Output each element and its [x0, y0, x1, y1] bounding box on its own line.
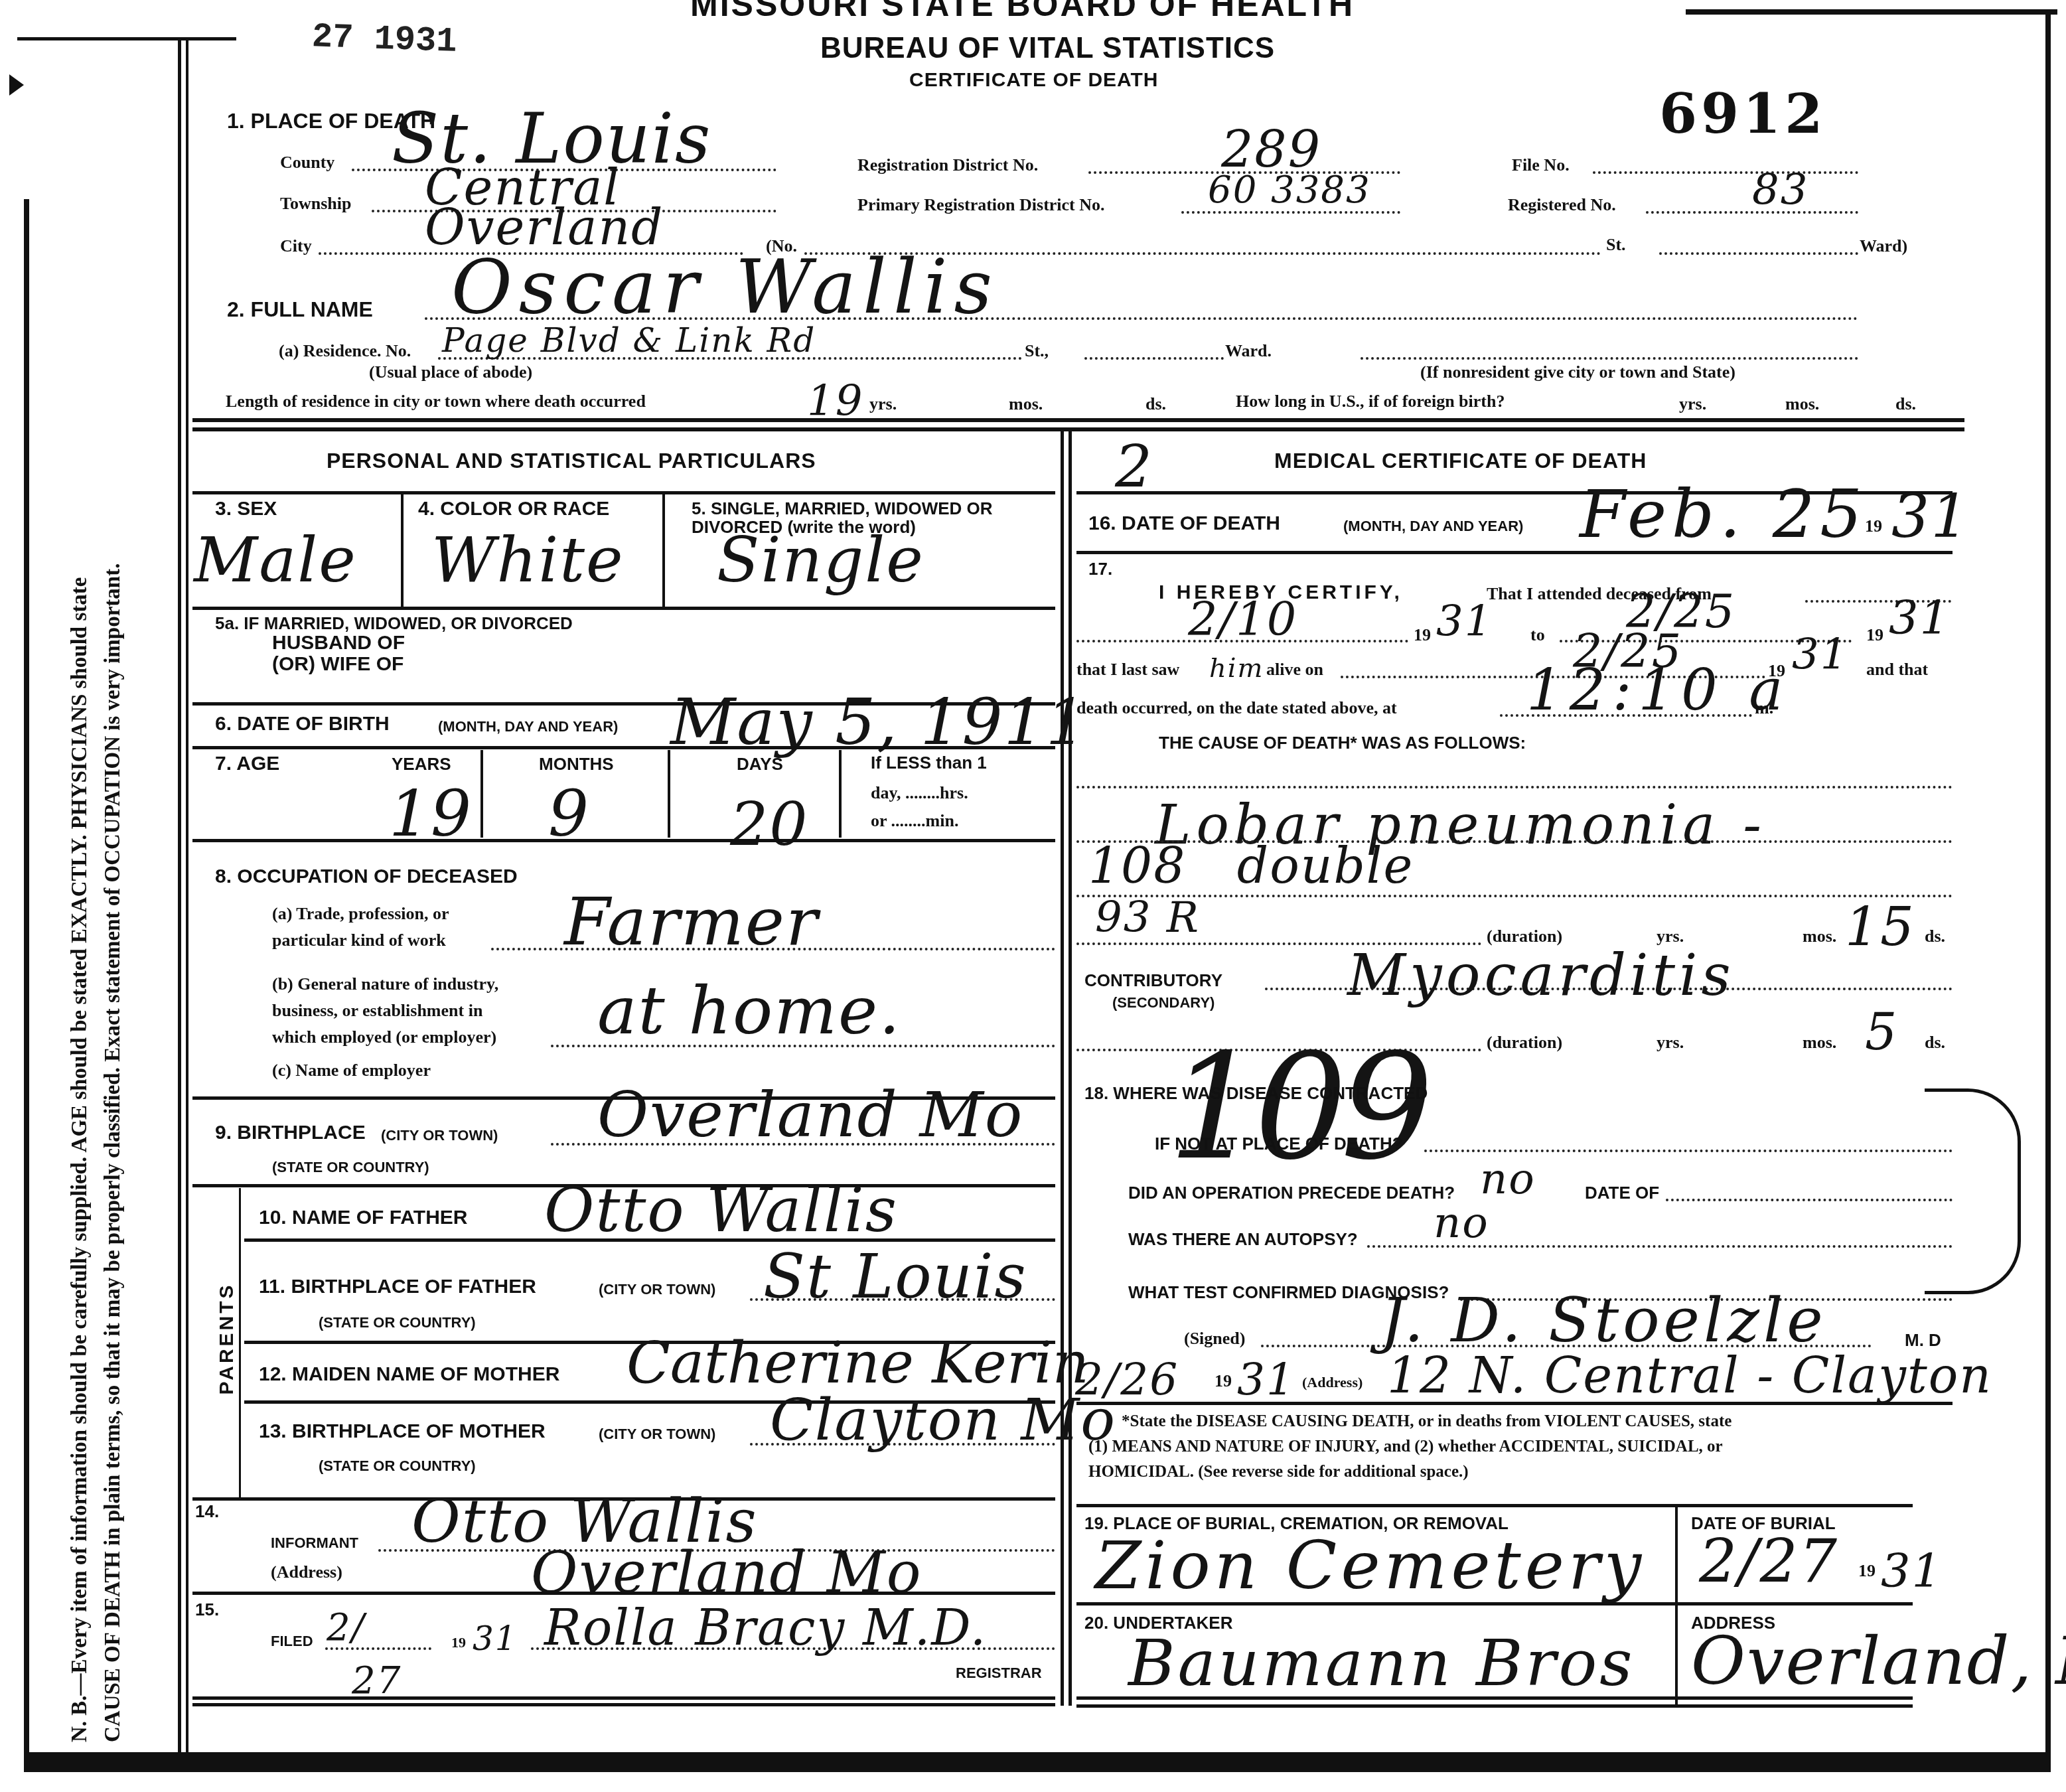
alive-year: 31 [1792, 631, 1848, 680]
length-residence-label: Length of residence in city or town wher… [226, 392, 646, 411]
race-label: 4. COLOR OR RACE [418, 498, 609, 520]
frame-left-inner [186, 37, 188, 1771]
signed-label: (Signed) [1184, 1329, 1245, 1349]
to-year-prefix: 19 [1866, 625, 1883, 645]
autopsy-value: no [1434, 1199, 1489, 1248]
burial-year-prefix: 19 [1858, 1561, 1876, 1581]
residence-value: Page Blvd & Link Rd [442, 321, 816, 360]
rule-before-burial [1076, 1504, 1913, 1507]
code-annotation: 109 [1168, 1022, 1427, 1192]
duration-ds-1: ds. [1925, 927, 1945, 946]
mother-bp-label: 13. BIRTHPLACE OF MOTHER [259, 1420, 546, 1443]
burial-date-divider [1675, 1507, 1678, 1706]
date-of-label: DATE OF [1585, 1183, 1659, 1203]
cause-2: 108 double [1088, 838, 1414, 895]
operation-label: DID AN OPERATION PRECEDE DEATH? [1128, 1183, 1455, 1203]
dob-sub: (MONTH, DAY AND YEAR) [438, 718, 618, 735]
frame-left-margin-border [24, 199, 29, 1772]
margin-note-line-2: CAUSE OF DEATH in plain terms, so that i… [96, 70, 129, 1742]
dod-label: 16. DATE OF DEATH [1088, 512, 1280, 535]
informant-address-label: (Address) [271, 1562, 342, 1582]
signed-year: 31 [1237, 1354, 1295, 1405]
months-label: MONTHS [539, 754, 614, 775]
marital-value: Single [717, 524, 924, 597]
foreign-ds-label: ds. [1895, 394, 1916, 414]
filed-year-prefix: 19 [451, 1634, 466, 1651]
margin-arrow-icon [9, 74, 24, 96]
dod-value: Feb. 25 [1580, 475, 1868, 553]
residence-label: (a) Residence. No. [279, 341, 411, 361]
foreign-mos-label: mos. [1785, 394, 1819, 414]
rule-after-address [1076, 1402, 1953, 1405]
mother-value: Catherine Kerin [627, 1330, 1089, 1396]
occ-b-value: at home. [597, 972, 901, 1049]
not-place-line [1424, 1150, 1953, 1152]
rule-bottom-left-1 [192, 1696, 1055, 1700]
less-label-3: or ........min. [871, 811, 958, 831]
birthplace-value: Overland Mo [597, 1079, 1023, 1152]
header-rule-1 [192, 418, 1964, 422]
date-of-line [1666, 1199, 1953, 1201]
duration-days-1: 15 [1845, 896, 1915, 958]
ward-label: Ward) [1860, 236, 1907, 256]
months-days-divider [668, 750, 670, 838]
full-name-label: 2. FULL NAME [227, 297, 373, 322]
filed-year: 31 [473, 1619, 518, 1658]
birthplace-sub: (CITY OR TOWN) [381, 1127, 498, 1144]
duration-mos-2: mos. [1803, 1033, 1836, 1053]
occ-b-label-1: (b) General nature of industry, [272, 974, 498, 994]
undertaker-address-value: Overland, Mo [1691, 1622, 2066, 1700]
duration-days-2: 5 [1865, 1002, 1898, 1061]
margin-note-line-1: N. B.—Every item of information should b… [63, 70, 96, 1742]
item-15-label: 15. [195, 1600, 219, 1620]
item-14-label: 14. [195, 1501, 219, 1522]
contributory-value: Myocarditis [1347, 942, 1735, 1009]
full-name-value: Oscar Wallis [451, 244, 999, 331]
to-label: to [1530, 625, 1545, 645]
duration-label-2: (duration) [1487, 1033, 1562, 1053]
frame-left-outer [178, 37, 181, 1771]
primary-reg-value: 60 3383 [1208, 169, 1371, 212]
board-title: MISSOURI STATE BOARD OF HEALTH [690, 0, 1355, 24]
mother-label: 12. MAIDEN NAME OF MOTHER [259, 1363, 559, 1386]
rule-after-dod [1076, 551, 1953, 554]
occ-a-label-1: (a) Trade, profession, or [272, 904, 449, 924]
medical-section-title: MEDICAL CERTIFICATE OF DEATH [1274, 449, 1647, 473]
parents-divider [239, 1188, 241, 1500]
father-bp-sub: (CITY OR TOWN) [599, 1281, 715, 1298]
column-divider-2 [1069, 431, 1072, 1706]
foreign-birth-label: How long in U.S., if of foreign birth? [1236, 392, 1505, 411]
duration-ds-2: ds. [1925, 1033, 1945, 1053]
birthplace-label: 9. BIRTHPLACE [215, 1122, 366, 1144]
father-label: 10. NAME OF FATHER [259, 1207, 467, 1229]
spouse-label-1: 5a. IF MARRIED, WIDOWED, OR DIVORCED [215, 613, 573, 634]
occ-b-label-2: business, or establishment in [272, 1001, 482, 1021]
residence-ward-label: Ward. [1225, 341, 1272, 361]
years-months-divider [480, 750, 483, 838]
rule-bottom-right-1 [1076, 1696, 1913, 1700]
filed-label: FILED [271, 1633, 313, 1650]
margin-bracket-mark [1925, 1088, 2021, 1294]
nonresident-note: (If nonresident give city or town and St… [1420, 362, 1735, 382]
rule-bottom-right-2 [1076, 1704, 1913, 1708]
rule-after-dob [192, 746, 1055, 749]
duration-mos-1: mos. [1803, 927, 1836, 946]
township-label: Township [280, 194, 351, 214]
rule-bottom-left-2 [192, 1703, 1055, 1706]
time-m-label: m. [1755, 698, 1773, 718]
burial-value: Zion Cemetery [1095, 1527, 1645, 1604]
race-value: White [431, 524, 625, 597]
residence-ward-line [1084, 357, 1224, 360]
residence-st-label: St., [1025, 341, 1049, 361]
cause-line-1 [1076, 786, 1953, 788]
less-label-2: day, ........hrs. [871, 783, 968, 803]
occurred-label: death occurred, on the date stated above… [1076, 698, 1397, 718]
abode-note: (Usual place of abode) [369, 362, 532, 382]
cause-label: THE CAUSE OF DEATH* WAS AS FOLLOWS: [1159, 733, 1526, 753]
burial-year: 31 [1881, 1544, 1943, 1598]
certificate-title: CERTIFICATE OF DEATH [909, 69, 1159, 92]
father-bp-value: St Louis [763, 1241, 1027, 1312]
from-year: 31 [1436, 597, 1493, 646]
years-label: YEARS [392, 754, 451, 775]
footnote-1: *State the DISEASE CAUSING DEATH, or in … [1122, 1412, 1732, 1431]
less-label-1: If LESS than 1 [871, 753, 987, 773]
ward-line [1659, 252, 1858, 255]
dod-sub: (MONTH, DAY AND YEAR) [1343, 518, 1523, 535]
birthplace-state-label: (STATE OR COUNTRY) [272, 1159, 429, 1176]
sex-race-divider [401, 494, 404, 607]
race-marital-divider [662, 494, 665, 607]
file-no-line [1593, 171, 1858, 174]
street-label: St. [1606, 235, 1626, 255]
days-less-divider [839, 750, 842, 838]
rule-burial [1076, 1602, 1913, 1605]
to-year: 31 [1889, 591, 1951, 645]
from-year-prefix: 19 [1414, 625, 1431, 645]
death-time: 12:10 a [1526, 657, 1789, 723]
signed-value: J. D. Stoelzle [1380, 1285, 1827, 1356]
rule-after-age [192, 839, 1055, 842]
foreign-yrs-label: yrs. [1679, 394, 1706, 414]
mother-state-label: (STATE OR COUNTRY) [319, 1457, 476, 1475]
stamp-number: 6912 [1659, 82, 1826, 146]
frame-right [2045, 9, 2051, 1772]
registered-no-value: 83 [1752, 166, 1808, 215]
father-bp-label: 11. BIRTHPLACE OF FATHER [259, 1276, 536, 1298]
file-no-label: File No. [1512, 155, 1570, 175]
physician-address-label: (Address) [1302, 1374, 1363, 1391]
footnote-3: HOMICIDAL. (See reverse side for additio… [1088, 1463, 1469, 1481]
burial-date: 2/27 [1699, 1527, 1838, 1596]
father-value: Otto Wallis [544, 1175, 898, 1246]
personal-section-title: PERSONAL AND STATISTICAL PARTICULARS [327, 449, 816, 473]
frame-top-left [17, 37, 236, 40]
bureau-title: BUREAU OF VITAL STATISTICS [820, 32, 1275, 65]
rule-personal-top [192, 491, 1055, 494]
rule-after-informant [192, 1592, 1055, 1595]
registrar-label: REGISTRAR [956, 1665, 1042, 1682]
signed-year-prefix: 19 [1215, 1371, 1232, 1391]
registrar-value: Rolla Bracy M.D. [544, 1600, 987, 1657]
footnote-2: (1) MEANS AND NATURE OF INJURY, and (2) … [1088, 1438, 1723, 1456]
registered-no-label: Registered No. [1508, 195, 1616, 215]
primary-reg-label: Primary Registration District No. [857, 195, 1105, 215]
informant-label: INFORMANT [271, 1534, 358, 1552]
and-that-label: and that [1866, 660, 1928, 680]
nonresident-line [1361, 357, 1858, 360]
father-state-label: (STATE OR COUNTRY) [319, 1314, 476, 1331]
undertaker-value: Baumann Bros [1128, 1626, 1635, 1700]
frame-top-right [1686, 9, 2057, 15]
mother-bp-value: Clayton Mo [770, 1387, 1116, 1454]
duration-yrs-2: yrs. [1657, 1033, 1684, 1053]
frame-bottom [24, 1752, 2051, 1772]
length-yrs-label: yrs. [869, 394, 897, 414]
occ-a-value: Farmer [564, 883, 819, 960]
occ-a-label-2: particular kind of work [272, 931, 446, 950]
operation-value: no [1480, 1155, 1536, 1204]
contributory-label: CONTRIBUTORY [1084, 970, 1222, 991]
item-18-label: 18. WHERE WAS DISEASE CONTRACTED [1084, 1083, 1428, 1104]
dod-year-prefix: 19 [1865, 516, 1882, 536]
received-stamp: 27 1931 [311, 17, 457, 62]
item-17-label: 17. [1088, 559, 1112, 579]
sex-label: 3. SEX [215, 498, 277, 520]
city-label: City [280, 236, 312, 256]
age-label: 7. AGE [215, 753, 279, 775]
last-saw-label: that I last saw [1076, 660, 1179, 680]
occ-c-label: (c) Name of employer [272, 1061, 431, 1081]
signed-date: 2/26 [1075, 1354, 1179, 1405]
physician-address-value: 12 N. Central - Clayton [1387, 1347, 1992, 1404]
cause-line-3 [1076, 895, 1953, 897]
filed-month: 2/ [327, 1606, 366, 1649]
last-saw-pronoun: him [1209, 653, 1264, 684]
occ-b-label-3: which employed (or employer) [272, 1027, 496, 1047]
rule-after-sex [192, 607, 1055, 610]
cause-3: 93 R [1095, 893, 1200, 942]
sex-value: Male [194, 524, 357, 597]
length-ds-label: ds. [1145, 394, 1166, 414]
parents-label: PARENTS [216, 1279, 238, 1398]
margin-note: N. B.—Every item of information should b… [63, 70, 136, 1742]
autopsy-label: WAS THERE AN AUTOPSY? [1128, 1229, 1358, 1250]
from-date: 2/10 [1188, 592, 1297, 646]
dod-year: 31 [1891, 482, 1970, 552]
header-rule-2 [192, 427, 1964, 431]
age-days: 20 [730, 790, 809, 859]
mother-bp-sub: (CITY OR TOWN) [599, 1426, 715, 1443]
occupation-label: 8. OCCUPATION OF DECEASED [215, 865, 518, 888]
days-label: DAYS [737, 754, 783, 775]
reg-district-label: Registration District No. [857, 155, 1038, 175]
column-divider-1 [1061, 431, 1064, 1706]
length-mos-label: mos. [1009, 394, 1043, 414]
alive-on-label: alive on [1266, 660, 1323, 680]
county-label: County [280, 153, 334, 173]
dob-label: 6. DATE OF BIRTH [215, 713, 390, 735]
spouse-label-2: HUSBAND OF [272, 632, 405, 654]
secondary-label: (SECONDARY) [1112, 994, 1215, 1011]
informant-address-value: Overland Mo [531, 1540, 922, 1606]
spouse-label-3: (OR) WIFE OF [272, 653, 404, 676]
not-place-label: IF NOT AT PLACE OF DEATH? [1155, 1134, 1403, 1154]
